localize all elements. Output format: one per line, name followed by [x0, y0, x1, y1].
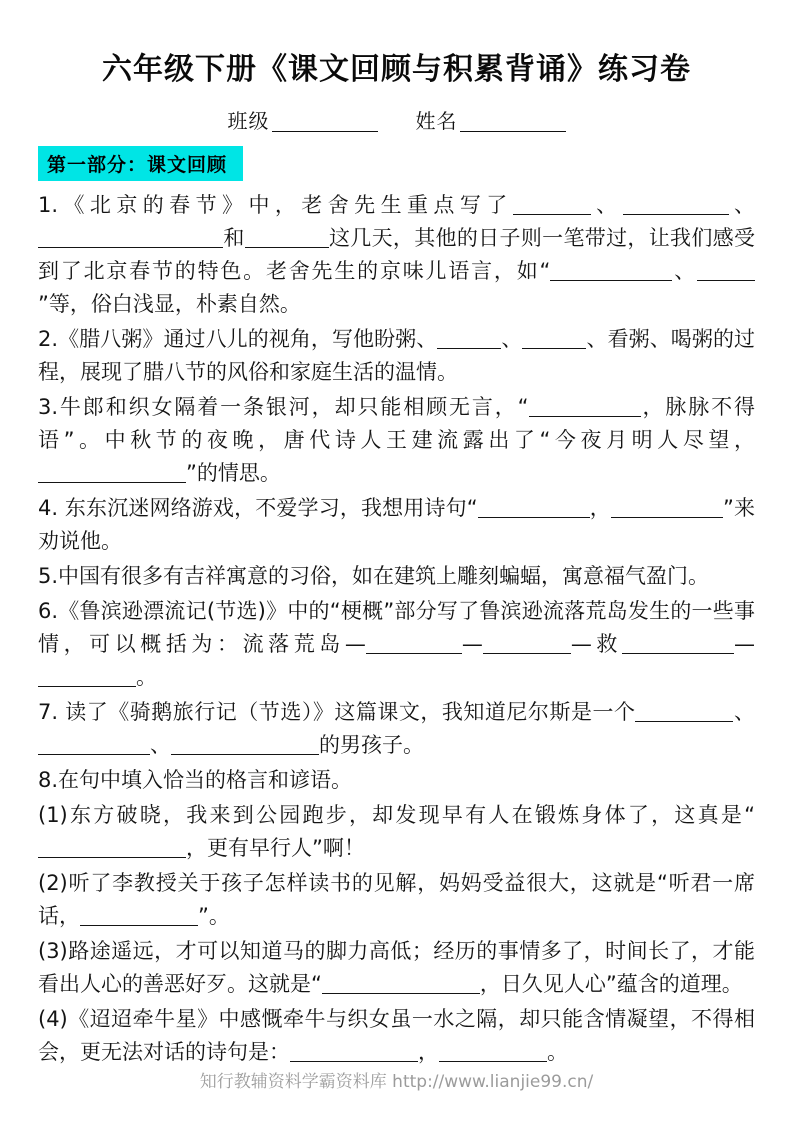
question: 1.《北京的春节》中，老舍先生重点写了、、和这几天，其他的日子则一笔带过，让我们… — [38, 189, 755, 321]
question-text: 、 — [591, 193, 623, 217]
question: 5.中国有很多有吉祥寓意的习俗，如在建筑上雕刻蝙蝠，寓意福气盈门。 — [38, 560, 755, 593]
fill-in-blank[interactable] — [513, 197, 591, 215]
fill-in-blank[interactable] — [38, 230, 223, 248]
class-input-line[interactable] — [272, 111, 378, 132]
question-text: 4. 东东沉迷网络游戏，不爱学习，我想用诗句“ — [38, 496, 478, 520]
question-text: ， — [418, 1040, 439, 1064]
question-text: ，更有早行人”啊！ — [186, 836, 365, 860]
question-text: ”。 — [198, 904, 230, 928]
fill-in-blank[interactable] — [623, 197, 729, 215]
fill-in-blank[interactable] — [478, 500, 590, 518]
fill-in-blank[interactable] — [550, 263, 672, 281]
fill-in-blank[interactable] — [80, 908, 198, 926]
question: (2)听了李教授关于孩子怎样读书的见解，妈妈受益很大，这就是“听君一席话，”。 — [38, 867, 755, 933]
class-field: 班级 — [228, 108, 378, 134]
fill-in-blank[interactable] — [38, 669, 136, 687]
question-text: ”的情思。 — [186, 461, 281, 485]
question-text: 、 — [672, 259, 697, 283]
fill-in-blank[interactable] — [439, 1044, 547, 1062]
question-text: 2.《腊八粥》通过八儿的视角，写他盼粥、 — [38, 327, 437, 351]
question: (1)东方破晓，我来到公园跑步，却发现早有人在锻炼身体了，这真是“，更有早行人”… — [38, 799, 755, 865]
question-text: ，日久见人心”蕴含的道理。 — [480, 972, 743, 996]
fill-in-blank[interactable] — [322, 976, 480, 994]
question-text: — — [462, 632, 483, 656]
question: (4)《迢迢牵牛星》中感慨牵牛与织女虽一水之隔，却只能含情凝望，不得相会，更无法… — [38, 1003, 755, 1069]
fill-in-blank[interactable] — [697, 263, 755, 281]
fill-in-blank[interactable] — [38, 737, 150, 755]
name-label: 姓名 — [416, 109, 458, 133]
question: 3.牛郎和织女隔着一条银河，却只能相顾无言，“，脉脉不得语”。中秋节的夜晚，唐代… — [38, 391, 755, 490]
question-list: 1.《北京的春节》中，老舍先生重点写了、、和这几天，其他的日子则一笔带过，让我们… — [38, 189, 755, 1069]
fill-in-blank[interactable] — [622, 636, 734, 654]
class-label: 班级 — [228, 109, 270, 133]
question: 7. 读了《骑鹅旅行记（节选）》这篇课文，我知道尼尔斯是一个、、的男孩子。 — [38, 696, 755, 762]
fill-in-blank[interactable] — [38, 465, 186, 483]
question-text: 、 — [501, 327, 522, 351]
page-title: 六年级下册《课文回顾与积累背诵》练习卷 — [38, 50, 755, 90]
question-text: 3.牛郎和织女隔着一条银河，却只能相顾无言，“ — [38, 395, 529, 419]
question-text: 7. 读了《骑鹅旅行记（节选）》这篇课文，我知道尼尔斯是一个 — [38, 700, 635, 724]
question-text: 1.《北京的春节》中，老舍先生重点写了 — [38, 193, 513, 217]
question: 4. 东东沉迷网络游戏，不爱学习，我想用诗句“，”来劝说他。 — [38, 492, 755, 558]
student-info-row: 班级 姓名 — [38, 108, 755, 134]
name-input-line[interactable] — [460, 111, 566, 132]
question: 6.《鲁滨逊漂流记(节选)》中的“梗概”部分写了鲁滨逊流落荒岛发生的一些事情，可… — [38, 595, 755, 694]
question-text: — — [734, 632, 755, 656]
question: (3)路途遥远，才可以知道马的脚力高低；经历的事情多了，时间长了，才能看出人心的… — [38, 935, 755, 1001]
question-text: ”等，俗白浅显，朴素自然。 — [38, 292, 301, 316]
section-header: 第一部分：课文回顾 — [38, 146, 243, 181]
fill-in-blank[interactable] — [437, 331, 501, 349]
question-text: 和 — [223, 226, 245, 250]
fill-in-blank[interactable] — [635, 704, 733, 722]
fill-in-blank[interactable] — [171, 737, 319, 755]
fill-in-blank[interactable] — [245, 230, 329, 248]
question-text: 8.在句中填入恰当的格言和谚语。 — [38, 768, 352, 792]
name-field: 姓名 — [416, 108, 566, 134]
question-text: 的男孩子。 — [319, 733, 424, 757]
fill-in-blank[interactable] — [366, 636, 462, 654]
question-text: 、 — [150, 733, 171, 757]
question-text: 、 — [729, 193, 755, 217]
question: 2.《腊八粥》通过八儿的视角，写他盼粥、、、看粥、喝粥的过程，展现了腊八节的风俗… — [38, 323, 755, 389]
fill-in-blank[interactable] — [290, 1044, 418, 1062]
fill-in-blank[interactable] — [483, 636, 571, 654]
question-text: (1)东方破晓，我来到公园跑步，却发现早有人在锻炼身体了，这真是“ — [38, 803, 755, 827]
question-text: 。 — [547, 1040, 568, 1064]
question-text: ， — [590, 496, 611, 520]
fill-in-blank[interactable] — [529, 399, 641, 417]
question-text: 、 — [733, 700, 755, 724]
fill-in-blank[interactable] — [611, 500, 723, 518]
fill-in-blank[interactable] — [38, 840, 186, 858]
question-text: —救 — [571, 632, 622, 656]
question-text: 5.中国有很多有吉祥寓意的习俗，如在建筑上雕刻蝙蝠，寓意福气盈门。 — [38, 564, 709, 588]
question-text: 。 — [136, 665, 157, 689]
footer-watermark: 知行教辅资料学霸资料库 http://www.lianjie99.cn/ — [0, 1067, 793, 1092]
question: 8.在句中填入恰当的格言和谚语。 — [38, 764, 755, 797]
fill-in-blank[interactable] — [522, 331, 586, 349]
worksheet-page: 六年级下册《课文回顾与积累背诵》练习卷 班级 姓名 第一部分：课文回顾 1.《北… — [0, 0, 793, 1122]
